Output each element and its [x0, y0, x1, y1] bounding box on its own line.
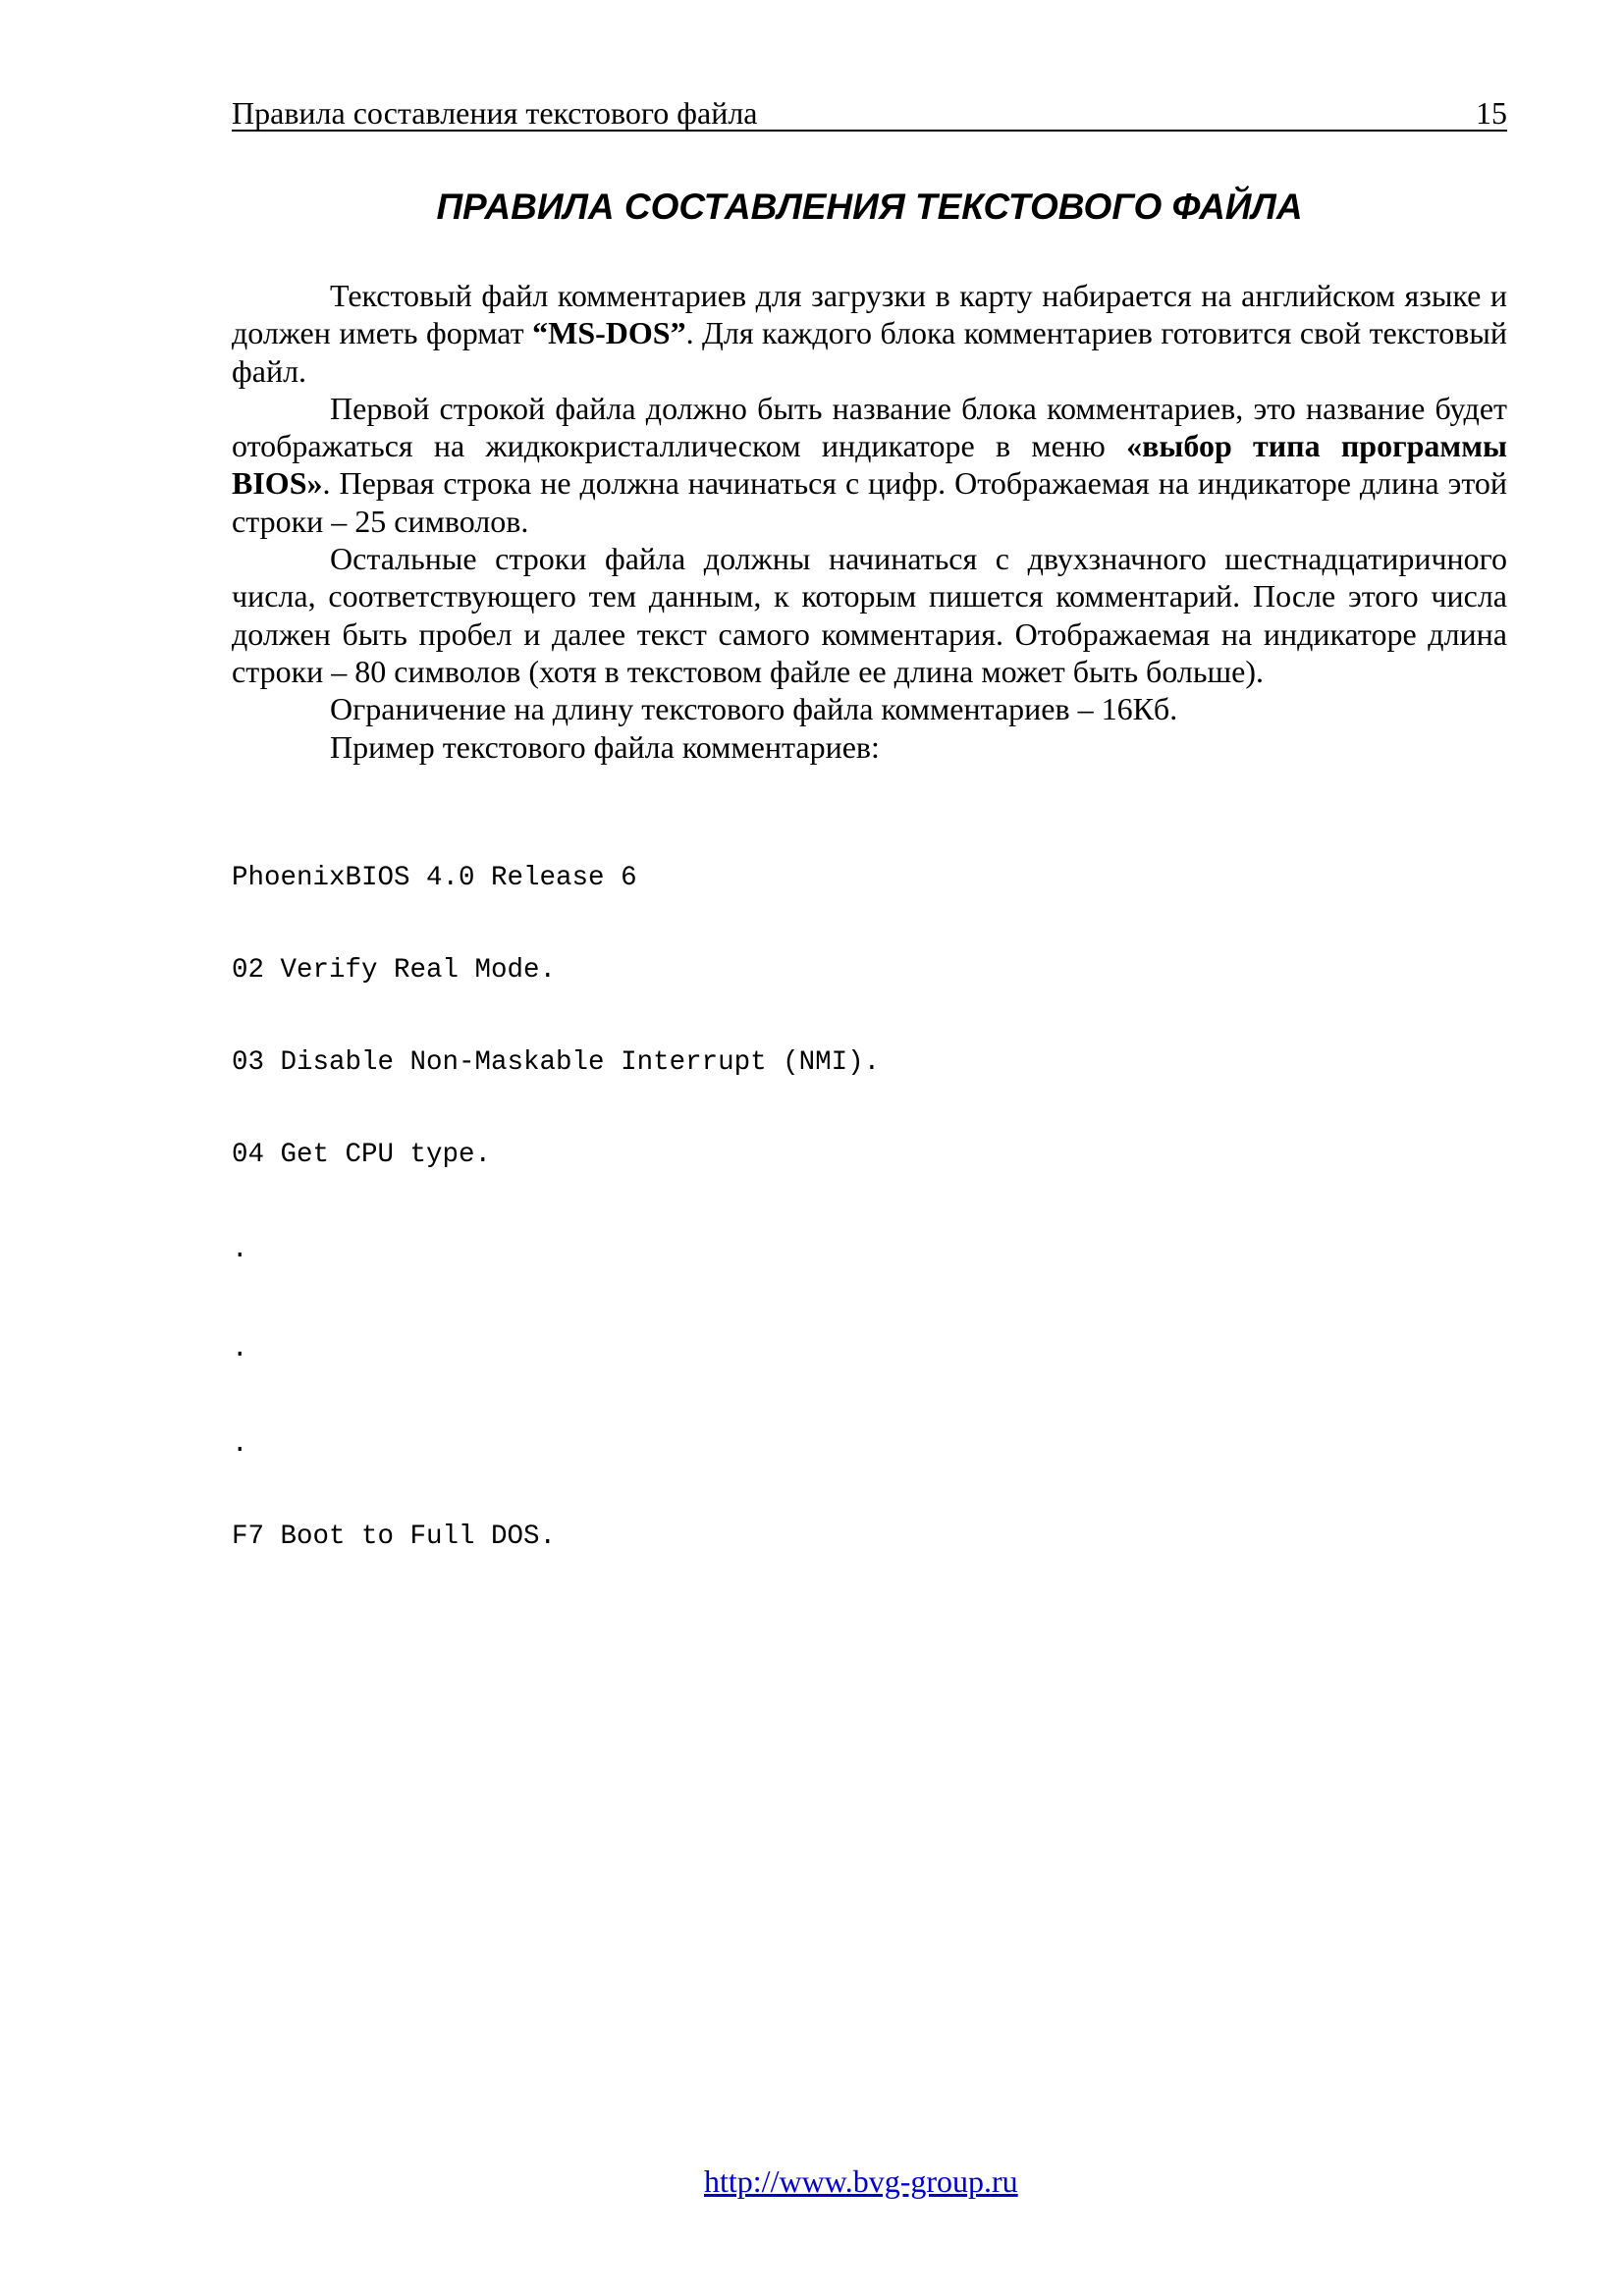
code-example: PhoenixBIOS 4.0 Release 6 02 Verify Real… — [232, 802, 1507, 1583]
code-line: 04 Get CPU type. — [232, 1140, 1507, 1171]
code-line: 02 Verify Real Mode. — [232, 955, 1507, 987]
body-text: Текстовый файл комментариев для загрузки… — [232, 277, 1507, 766]
paragraph-first-line: Первой строкой файла должно быть названи… — [232, 390, 1507, 540]
running-title: Правила составления текстового файла — [232, 96, 757, 130]
page-header: Правила составления текстового файла 15 — [232, 96, 1507, 132]
section-title: ПРАВИЛА СОСТАВЛЕНИЯ ТЕКСТОВОГО ФАЙЛА — [232, 186, 1507, 229]
code-ellipsis-dot: . — [232, 1331, 1507, 1369]
paragraph-example-intro: Пример текстового файла комментариев: — [232, 728, 1507, 766]
page-number: 15 — [1476, 96, 1507, 130]
code-line: PhoenixBIOS 4.0 Release 6 — [232, 863, 1507, 894]
paragraph-other-lines: Остальные строки файла должны начинаться… — [232, 540, 1507, 690]
footer-website-link[interactable]: http://www.bvg-group.ru — [704, 2163, 1018, 2199]
code-ellipsis-dot: . — [232, 1429, 1507, 1461]
paragraph-size-limit: Ограничение на длину текстового файла ко… — [232, 690, 1507, 727]
code-line: 03 Disable Non-Maskable Interrupt (NMI). — [232, 1047, 1507, 1079]
paragraph-format: Текстовый файл комментариев для загрузки… — [232, 277, 1507, 390]
code-line: F7 Boot to Full DOS. — [232, 1522, 1507, 1553]
code-ellipsis-dot: . — [232, 1232, 1507, 1270]
format-emphasis: “MS-DOS” — [532, 315, 685, 350]
